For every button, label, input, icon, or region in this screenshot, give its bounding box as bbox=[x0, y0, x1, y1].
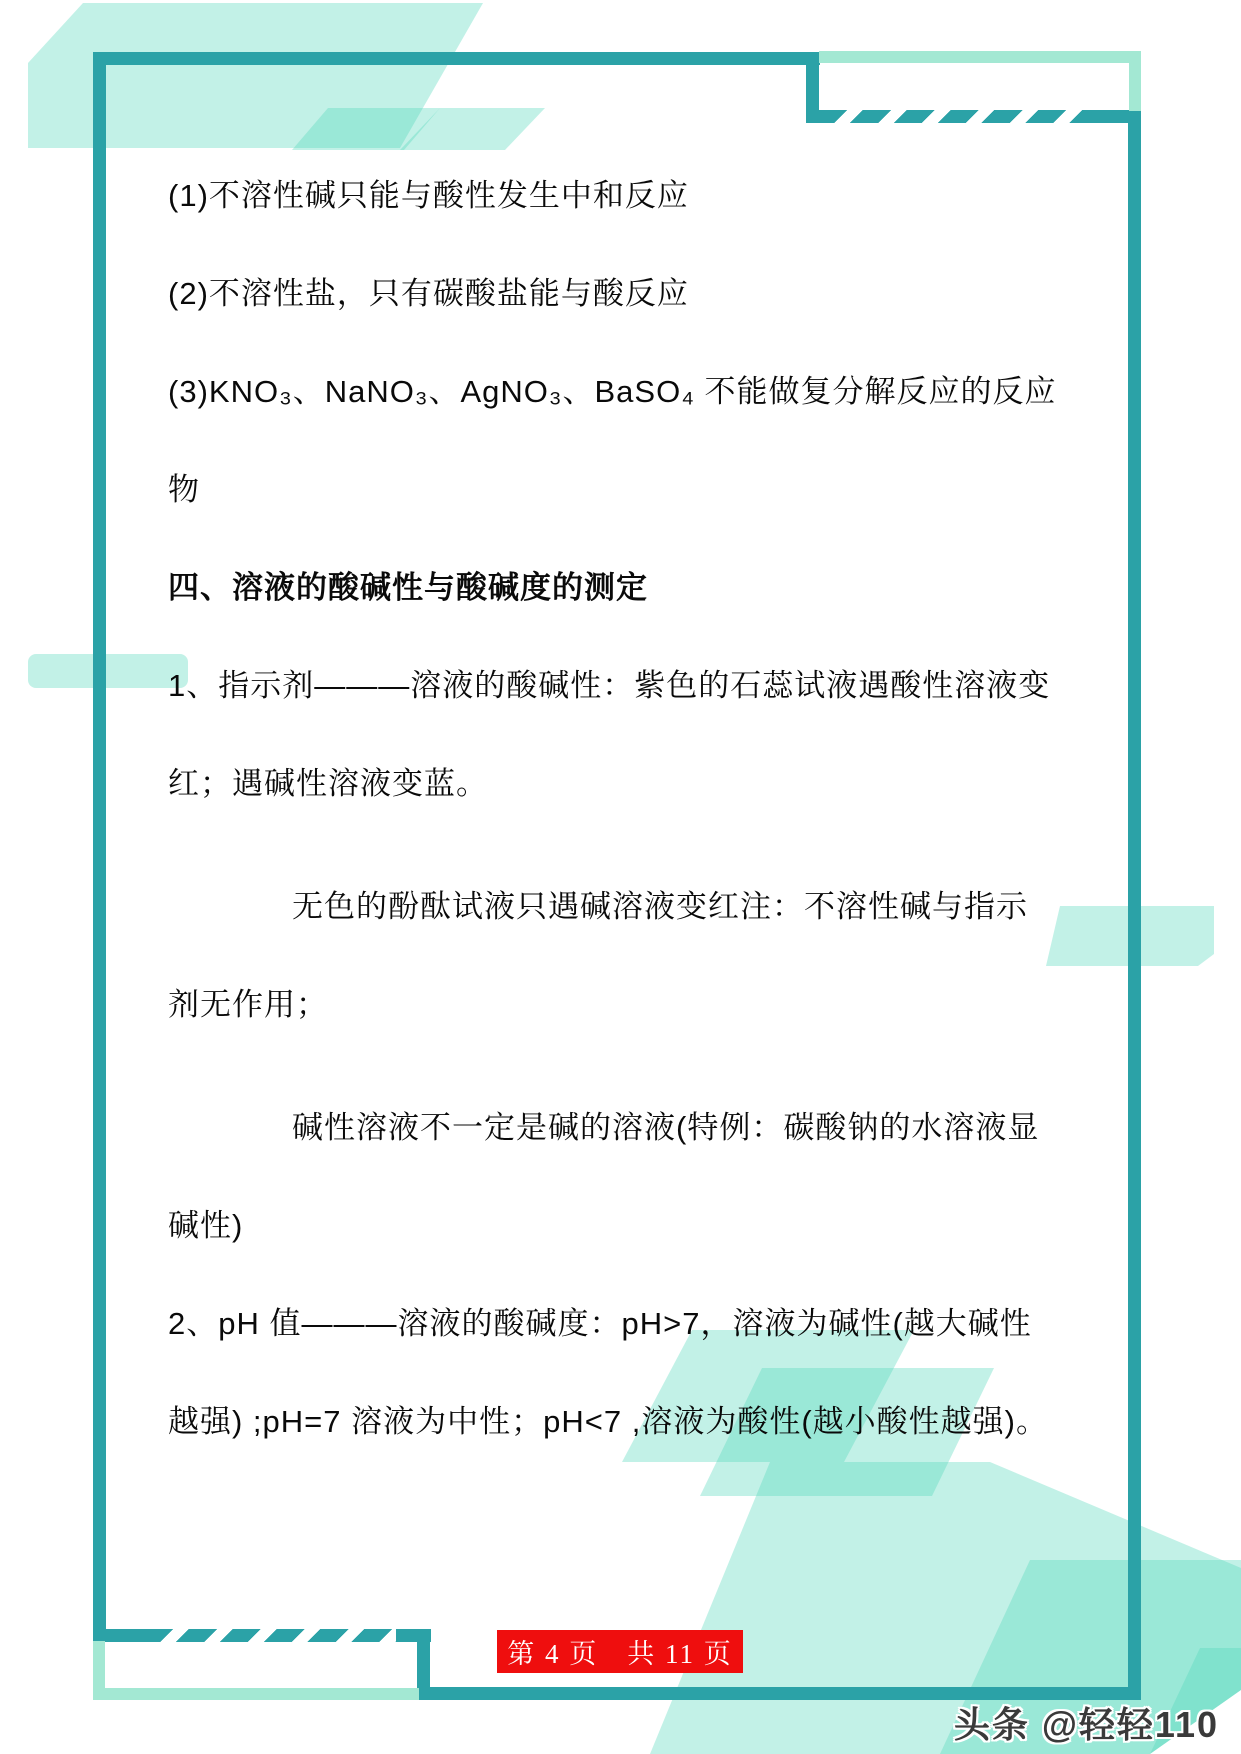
frame-border-right bbox=[1128, 110, 1141, 1700]
frame-mint-top-vertical bbox=[1129, 51, 1141, 111]
frame-mint-bottom-horizontal bbox=[93, 1688, 419, 1700]
watermark-label: 头条 @轻轻110 bbox=[954, 1704, 1219, 1745]
text-line: 红；遇碱性溶液变蓝。 bbox=[168, 764, 1098, 862]
page-number-badge: 第 4 页 共 11 页 bbox=[497, 1630, 743, 1673]
text-line: 无色的酚酞试液只遇碱溶液变红注：不溶性碱与指示 bbox=[168, 887, 1098, 985]
frame-mint-top-horizontal bbox=[819, 51, 1141, 63]
text-line: 碱性) bbox=[168, 1206, 1098, 1304]
frame-step-top-right bbox=[806, 52, 819, 123]
text-line: 物 bbox=[168, 470, 1098, 568]
watermark: 头条 @轻轻110 bbox=[954, 1697, 1219, 1748]
frame-border-left bbox=[93, 52, 106, 1641]
text-line: (3)KNO₃、NaNO₃、AgNO₃、BaSO₄ 不能做复分解反应的反应 bbox=[168, 372, 1098, 470]
frame-dashes-top-right bbox=[819, 110, 1089, 123]
text-line: 越强) ;pH=7 溶液为中性；pH<7 ,溶液为酸性(越小酸性越强)。 bbox=[168, 1402, 1098, 1500]
text-line: 剂无作用； bbox=[168, 985, 1098, 1083]
text-line: 2、pH 值———溶液的酸碱度：pH>7，溶液为碱性(越大碱性 bbox=[168, 1304, 1098, 1402]
decor-bar-left-middle bbox=[28, 654, 188, 688]
text-line: 1、指示剂———溶液的酸碱性：紫色的石蕊试液遇酸性溶液变 bbox=[168, 666, 1098, 764]
frame-border-top bbox=[93, 52, 820, 65]
text-line: 四、溶液的酸碱性与酸碱度的测定 bbox=[168, 568, 1098, 666]
text-line: (1)不溶性碱只能与酸性发生中和反应 bbox=[168, 176, 1098, 274]
page-number-label: 第 4 页 共 11 页 bbox=[507, 1632, 733, 1671]
text-line: 碱性溶液不一定是碱的溶液(特例：碳酸钠的水溶液显 bbox=[168, 1108, 1098, 1206]
text-line: (2)不溶性盐，只有碳酸盐能与酸反应 bbox=[168, 274, 1098, 372]
document-body: (1)不溶性碱只能与酸性发生中和反应(2)不溶性盐，只有碳酸盐能与酸反应(3)K… bbox=[168, 176, 1098, 1500]
frame-dashes-bottom-left bbox=[145, 1629, 398, 1642]
